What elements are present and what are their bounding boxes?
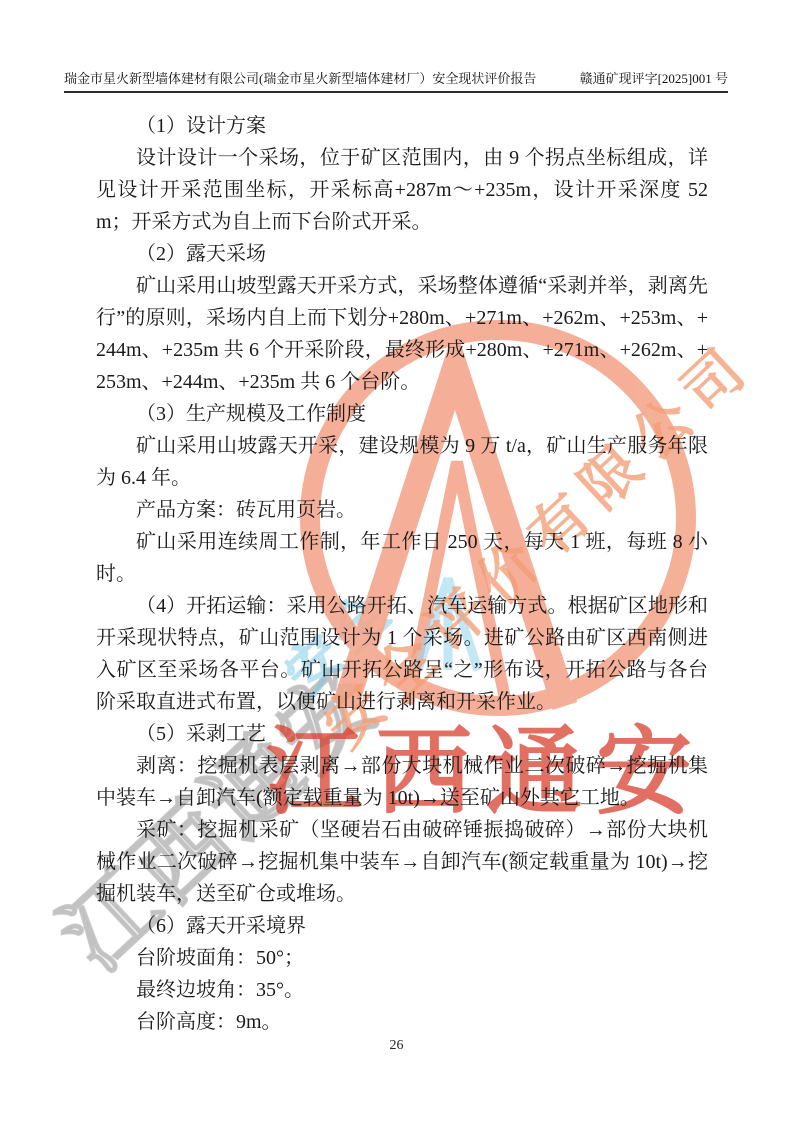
section-heading-production-scale: （3）生产规模及工作制度 [96,398,708,430]
section-heading-stripping-process: （5）采剥工艺 [96,718,708,750]
page-number: 26 [0,1038,793,1054]
paragraph-product-plan: 产品方案：砖瓦用页岩。 [96,494,708,526]
paragraph-work-schedule: 矿山采用连续周工作制，年工作日 250 天，每天 1 班，每班 8 小时。 [96,526,708,590]
page-header: 瑞金市星火新型墙体建材有限公司(瑞金市星火新型墙体建材厂）安全现状评价报告 赣通… [64,70,728,93]
paragraph-open-pit-site: 矿山采用山坡型露天开采方式，采场整体遵循“采剥并举，剥离先行”的原则，采场内自上… [96,270,708,398]
section-heading-design-scheme: （1）设计方案 [96,110,708,142]
header-report-title: 瑞金市星火新型墙体建材有限公司(瑞金市星火新型墙体建材厂）安全现状评价报告 [64,70,536,88]
paragraph-bench-height: 台阶高度：9m。 [96,1006,708,1038]
paragraph-production-scale: 矿山采用山坡露天开采，建设规模为 9 万 t/a，矿山生产服务年限为 6.4 年… [96,430,708,494]
paragraph-transport: （4）开拓运输：采用公路开拓、汽车运输方式。根据矿区地形和开采现状特点，矿山范围… [96,590,708,718]
paragraph-stripping: 剥离：挖掘机表层剥离→部份大块机械作业二次破碎→挖掘机集中装车→自卸汽车(额定载… [96,750,708,814]
paragraph-bench-slope-angle: 台阶坡面角：50°； [96,942,708,974]
document-body: （1）设计方案 设计设计一个采场，位于矿区范围内，由 9 个拐点坐标组成，详见设… [96,110,708,1038]
document-page: 江西通安 安全 安全评价有限公司 江西通安 瑞金市星火新型墙体建材有限公司(瑞金… [0,0,793,1122]
paragraph-mining: 采矿：挖掘机采矿（坚硬岩石由破碎锤振捣破碎）→部份大块机械作业二次破碎→挖掘机集… [96,814,708,910]
paragraph-final-slope-angle: 最终边坡角：35°。 [96,974,708,1006]
section-heading-mining-boundary: （6）露天开采境界 [96,910,708,942]
section-heading-open-pit-site: （2）露天采场 [96,238,708,270]
paragraph-design-scheme: 设计设计一个采场，位于矿区范围内，由 9 个拐点坐标组成，详见设计开采范围坐标，… [96,142,708,238]
header-doc-number: 赣通矿现评字[2025]001 号 [580,70,728,88]
